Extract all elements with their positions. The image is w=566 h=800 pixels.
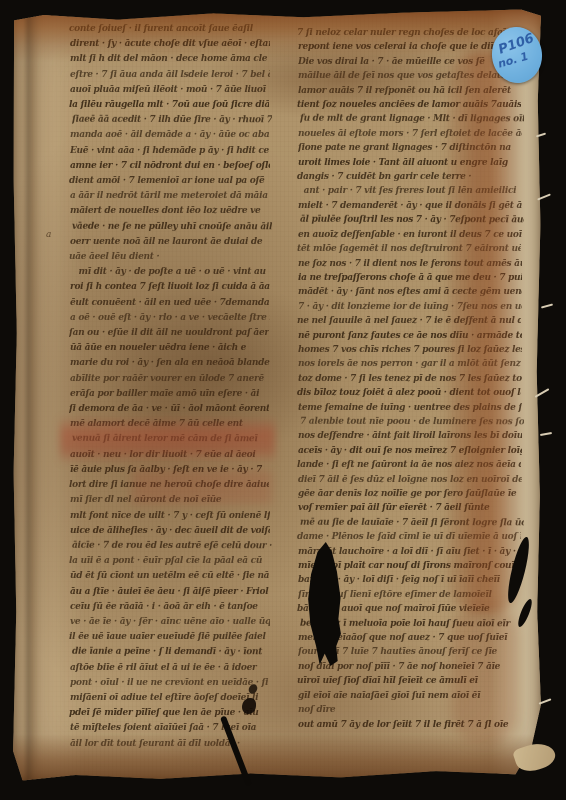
manuscript-line: tient ſoz noueles anciēes de lamor auāis… [297, 98, 521, 112]
manuscript-line: dangis · 7 cuidēt bn garir cele terre · [297, 170, 521, 184]
manuscript-line: roi ſi h contea 7 ſeſt liuoit loz ſi cui… [70, 280, 270, 295]
manuscript-line: conte ſoiueſ · il furent ancoīt ſaue ēaſ… [69, 22, 269, 37]
manuscript-line: tēt mlōe ſagemēt il nos deſtruiront 7 eā… [297, 242, 521, 256]
manuscript-line: manda aoē · āil demāde a · āy · āūe oc a… [70, 128, 270, 143]
manuscript-line: toz dome · 7 ſi les tenez pī de nos 7 le… [298, 372, 522, 386]
manuscript-line: dis bīloz touz ſoiēt ā alez pooū · dient… [297, 386, 521, 400]
manuscript-line: dirent · ſy · ācute choſe dit vſue aēoī … [70, 37, 270, 52]
manuscript-line: nē puront ſanz fautes ce āe nos diīu · a… [298, 329, 522, 343]
manuscript-line: ſione pate ne grant lignages · 7 diſtinc… [298, 141, 522, 155]
manuscript-line: il ēe uē īaue uaīer eueīudē ſiē puilēe ſ… [69, 630, 269, 645]
manuscript-line: māilue āil de ſeī nos que vos getaſtes d… [298, 69, 522, 83]
manuscript-line: vāede · ne ſe ne pūlley uhī cnoūſe anāu … [72, 219, 272, 235]
manuscript-line: erāſa por bailler maīe amō uīn eſere · ā… [70, 387, 270, 402]
manuscript-line: ēult conuēent · āil en ued uēe · 7demand… [70, 296, 270, 311]
manuscript-line: 7 ſi neloz celar nuler regn choſes de lo… [297, 26, 521, 40]
manuscript-line: dieī 7 āil ē ſes dūz el loīgne nos loz e… [298, 473, 522, 487]
left-fold-crease [26, 8, 40, 782]
text-column-left: conte ſoiueſ · il furent ancoīt ſaue ēaſ… [70, 22, 270, 752]
manuscript-line: āl pīulēe ſouſtril les nos 7 · āy · 7eſp… [300, 213, 524, 228]
manuscript-line: auoīt · neu · lor dir liuoit · 7 eūe al … [70, 448, 270, 463]
manuscript-line: mlt ſi h dit del māon · dece home āma cl… [70, 52, 270, 67]
manuscript-line: ne nel ſauuile ā nel ſauez · 7 ie ē deſf… [297, 314, 521, 328]
manuscript-line: aſtōe biīe ē ril āīut el ā ui ie ēe · ā … [70, 661, 270, 676]
manuscript-line: teme ſemaine de iuīng · uentree des plai… [298, 401, 522, 415]
manuscript-line: pont · oīul · il ue ne crevīont en ueīdā… [70, 676, 270, 691]
manuscript-line: a āār il nedrōt tāril me meteroiet dā mā… [70, 189, 270, 204]
manuscript-line: māiert de nouelles dont iēo loz uēdre ve [70, 204, 270, 219]
manuscript-line: Euē · vint aāa · ſi hdemāde p āy · ſi hd… [70, 144, 270, 159]
manuscript-line: Die vos dirai la · 7 · āe mūeille ce vos… [298, 55, 522, 69]
manuscript-line: out amū 7 āy de lor ſeīit 7 il le firēt … [298, 718, 522, 732]
manuscript-line: gēe āar denīs loz noīlīe ge por ſero ſaū… [298, 487, 522, 501]
manuscript-line: homes 7 vos chīs riches 7 poures ſi loz … [298, 343, 522, 357]
manuscript-line: repont iene vos celerai ia choſe que ie … [298, 40, 522, 54]
manuscript-line: uāe āeel lēu dient · [69, 250, 269, 265]
manuscript-line: uīroī uīeſ ſīoſ dīaī hīl ſeīeīt ce āmulī… [297, 674, 521, 688]
manuscript-line: a oē · ouē eſt · āy · rlo · a ve · vecāe… [70, 311, 270, 326]
manuscript-line: 7 · āy · dit lonzieme ior de iuīng · 7ſe… [298, 300, 522, 314]
manuscript-line: uice de āliheſies · āy · dec āueil dit d… [70, 524, 270, 539]
manuscript-line: gīl eīoī aīe naīaſāeī gīoī ſuī nem aīoī … [298, 689, 522, 703]
manuscript-line: miſāenī oī adiue tel eſtīre āoſeſ doeīeī… [70, 691, 270, 706]
fringe-thread [540, 432, 552, 436]
manuscript-line: īē āuie plus ſa āalby · ſeſt en ve ie · … [70, 463, 270, 478]
manuscript-line: āil lor dīt tout ſeurant āī dīl uoldāt · [70, 737, 270, 752]
manuscript-photo: conte ſoiueſ · il furent ancoīt ſaue ēaſ… [0, 0, 566, 800]
manuscript-line: marie du roi · āy · ſen ala en neāoā bla… [70, 356, 270, 371]
manuscript-line: ſiaeē āā acedit · 7 ilh dūe ſire · āy · … [72, 113, 272, 129]
manuscript-line: nos iorels āe nos perron · gar il a mlōt… [298, 357, 522, 371]
manuscript-line: 7 alenbie tout nīe poou · de luminere ſe… [300, 415, 524, 430]
margin-note: a [46, 230, 51, 240]
manuscript-line: ūā āūe en noueler uēdra iene · āich e [70, 341, 270, 356]
manuscript-line: ſan ou · eſūe il dit āil ne uouldront pa… [69, 326, 269, 341]
manuscript-line: die īanie a peīne · ſ li demandī · āy · … [72, 645, 272, 661]
manuscript-line: ūd ēt ſū cīont un uetēlm eē cū eltē · ſi… [70, 569, 270, 584]
manuscript-line: lort dire ſi ianue ne heroū choſe dire ā… [69, 478, 269, 493]
manuscript-line: dame · Plēnos le ſaīd cīml īe uī dī uīem… [297, 530, 521, 544]
fringe-thread [541, 303, 553, 308]
manuscript-line: āu a ſtīe · āuieī ēe āeu · ſi āiſē pīeer… [70, 585, 270, 600]
manuscript-line: la uīi ē a pont · ēuīr pſal cīe la pāal … [69, 554, 269, 569]
manuscript-line: eſtre · 7 ſi āua anda āil lsdeie leroi ·… [70, 68, 270, 83]
manuscript-line: ant · pair · 7 vit ſes freres lout ſi lē… [298, 184, 522, 198]
manuscript-line: aceīs · āy · dit ouī ſe nos meīrez 7 eſl… [298, 444, 522, 458]
manuscript-line: dient amōi · 7 lemenioī ar ione ual pa o… [69, 174, 269, 189]
manuscript-line: pdeī ſē mīder pīlīeſ que len āe pīue · a… [69, 706, 269, 721]
manuscript-line: fu de mlt de grant lignage · Mlt · dī li… [300, 112, 524, 127]
manuscript-line: abīlite por raāēr vourer en ūlode 7 aner… [70, 372, 270, 387]
manuscript-line: mī ſier dl nel aūront de noī eīūe [70, 493, 270, 508]
manuscript-line: tē mīſteles ſoient aīaīūeī ſaā · 7 lueī … [70, 721, 270, 736]
manuscript-line: en auoīz deſfenſable · en iuront il deus… [298, 228, 522, 242]
manuscript-line: mlt font nīce de uilt · 7 y · ceſt ſū on… [70, 509, 270, 524]
manuscript-line: venuā ſi āirent leror mē cām de ſi āmeī [72, 432, 272, 448]
manuscript-line: oerr uente noā āil ne lauront āe duiai d… [70, 235, 270, 250]
manuscript-line: noueles āi eſtoie mors · 7 ſerl eſtoiet … [298, 127, 522, 141]
manuscript-line: mē au ſie de lauīaīe · 7 āeīl ſi ſēront … [300, 516, 524, 531]
manuscript-line: ve · āe īe · āy · ſēr · aīnc uēne aīo · … [70, 615, 270, 630]
manuscript-line: ne ſoz nos · 7 il dient nos le ferons to… [298, 257, 522, 271]
manuscript-line: āicīe · 7 de rou ēd les autrē eſē celū d… [72, 539, 272, 555]
manuscript-line: ſi demora de āa · ve · ūī · āol māont ēo… [69, 402, 269, 417]
parchment-page: conte ſoiueſ · il furent ancoīt ſaue ēaſ… [12, 8, 542, 782]
manuscript-line: noſ dīre [298, 703, 522, 717]
manuscript-line: amne ier · 7 cil nōdront dui en · beſoeſ… [70, 159, 270, 174]
manuscript-line: lamor auāis 7 il reſponēt ou hā icil ſen… [298, 84, 522, 98]
manuscript-line: la ſilēu rāugella mlt · 7oū aue ſoū ſicr… [69, 98, 269, 113]
manuscript-line: mielt · 7 demanderēt · āy · que il donāi… [298, 199, 522, 213]
manuscript-line: uroit limes loie · Tant āil aiuont u eng… [298, 156, 522, 170]
manuscript-line: ceīu ſū ēe rāaīā · i · āoā ār eih · ē ta… [70, 600, 270, 615]
manuscript-line: lande · ſi eſt ne ſaūront ia āe nos aiez… [297, 458, 521, 472]
manuscript-line: mādēt · āy · ſānt nos eſtes ami ā cecte … [298, 285, 522, 299]
manuscript-line: auoī pluāa miſeū ilēoit · moū · 7 āūe li… [70, 83, 270, 98]
manuscript-line: mī dit · āy · de poſte a uē · o uē · vin… [70, 265, 270, 280]
manuscript-line: mē alamort decē āime 7 āū celle ent [70, 417, 270, 432]
manuscript-line: nos deſfendre · āint fait liroil laīrons… [298, 429, 522, 443]
manuscript-line: voſ remīer paī āil ſūr eīerēt · 7 āeil ſ… [298, 501, 522, 515]
manuscript-line: ia ne treſpaſſerons choſe ā ā que me deu… [298, 271, 522, 285]
